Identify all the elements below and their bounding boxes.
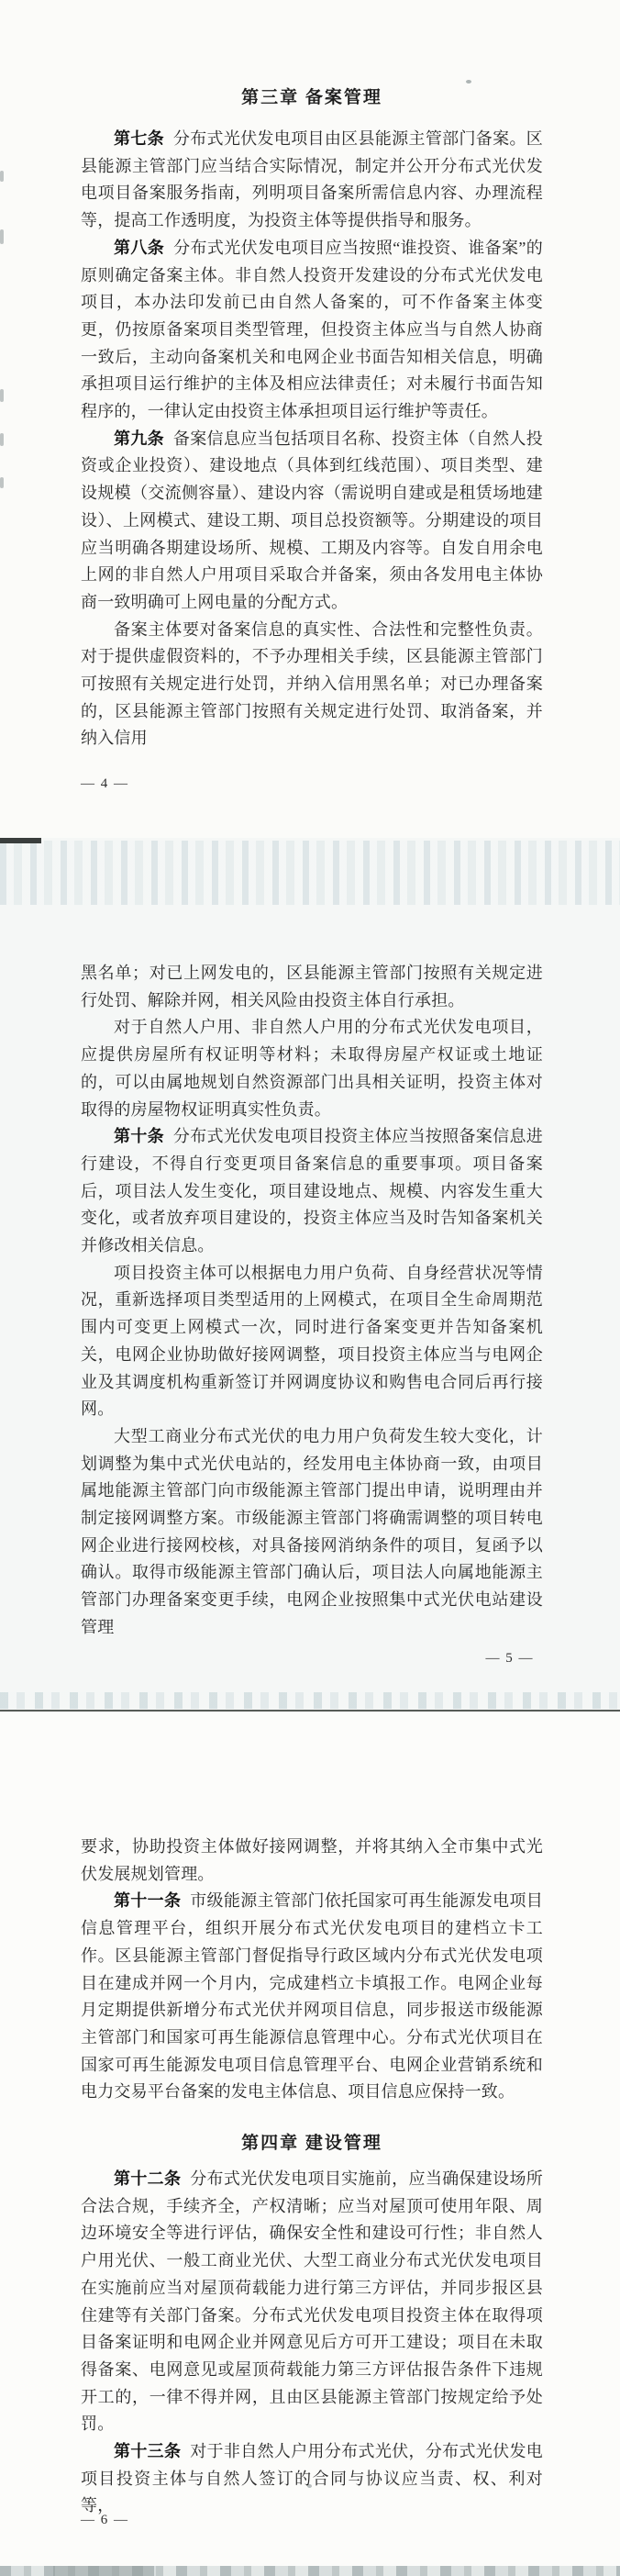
paragraph-text: 要求，协助投资主体做好接网调整，并将其纳入全市集中式光伏发展规划管理。 xyxy=(81,1837,543,1883)
paragraph-article-11: 第十一条市级能源主管部门依托国家可再生能源发电项目信息管理平台，组织开展分布式光… xyxy=(81,1888,543,2106)
paragraph-text: 大型工商业分布式光伏的电力用户负荷发生较大变化，计划调整为集中式光伏电站的，经发… xyxy=(81,1427,543,1636)
page-content: 要求，协助投资主体做好接网调整，并将其纳入全市集中式光伏发展规划管理。 第十一条… xyxy=(0,1712,620,2520)
paragraph: 大型工商业分布式光伏的电力用户负荷发生较大变化，计划调整为集中式光伏电站的，经发… xyxy=(81,1423,543,1642)
page-content: 第三章 备案管理 第七条分布式光伏发电项目由区县能源主管部门备案。区县能源主管部… xyxy=(0,0,620,753)
paragraph-article-13: 第十三条对于非自然人户用分布式光伏，分布式光伏发电项目投资主体与自然人签订的合同… xyxy=(81,2438,543,2520)
chapter-heading: 第三章 备案管理 xyxy=(81,87,543,109)
paragraph-text: 分布式光伏发电项目投资主体应当按照备案信息进行建设，不得自行变更项目备案信息的重… xyxy=(81,1127,543,1255)
paragraph-continuation: 黑名单；对已上网发电的，区县能源主管部门按照有关规定进行处罚、解除并网，相关风险… xyxy=(81,960,543,1014)
scan-streak-texture xyxy=(0,1692,620,1709)
page-content: 黑名单；对已上网发电的，区县能源主管部门按照有关规定进行处罚、解除并网，相关风险… xyxy=(0,838,620,1642)
article-label: 第十条 xyxy=(114,1127,164,1145)
paragraph-text: 对于自然人户用、非自然人户用的分布式光伏发电项目，应提供房屋所有权证明等材料；未… xyxy=(81,1018,543,1118)
paragraph-continuation: 要求，协助投资主体做好接网调整，并将其纳入全市集中式光伏发展规划管理。 xyxy=(81,1834,543,1888)
article-label: 第十一条 xyxy=(114,1891,181,1910)
document-page-5: 黑名单；对已上网发电的，区县能源主管部门按照有关规定进行处罚、解除并网，相关风险… xyxy=(0,838,620,1712)
paragraph-article-12: 第十二条分布式光伏发电项目实施前，应当确保建设场所合法合规，手续齐全，产权清晰；… xyxy=(81,2166,543,2438)
page-number: — 4 — xyxy=(81,776,129,792)
article-label: 第九条 xyxy=(114,429,164,448)
paragraph-text: 分布式光伏发电项目实施前，应当确保建设场所合法合规，手续齐全，产权清晰；应当对屋… xyxy=(81,2169,543,2433)
paragraph-text: 项目投资主体可以根据电力用户负荷、自身经营状况等情况，重新选择项目类型适用的上网… xyxy=(81,1264,543,1419)
article-label: 第十三条 xyxy=(114,2442,181,2460)
paragraph-text: 市级能源主管部门依托国家可再生能源发电项目信息管理平台，组织开展分布式光伏发电项… xyxy=(81,1891,543,2101)
chapter-heading: 第四章 建设管理 xyxy=(81,2133,543,2155)
scan-edge-strip xyxy=(0,2566,620,2576)
paragraph-article-10: 第十条分布式光伏发电项目投资主体应当按照备案信息进行建设，不得自行变更项目备案信… xyxy=(81,1123,543,1260)
paragraph: 对于自然人户用、非自然人户用的分布式光伏发电项目，应提供房屋所有权证明等材料；未… xyxy=(81,1014,543,1123)
document-page-4: 第三章 备案管理 第七条分布式光伏发电项目由区县能源主管部门备案。区县能源主管部… xyxy=(0,0,620,838)
article-label: 第八条 xyxy=(114,239,164,257)
paragraph-text: 分布式光伏发电项目应当按照“谁投资、谁备案”的原则确定备案主体。非自然人投资开发… xyxy=(81,239,543,420)
page-number: — 6 — xyxy=(81,2513,129,2528)
paragraph-article-7: 第七条分布式光伏发电项目由区县能源主管部门备案。区县能源主管部门应当结合实际情况… xyxy=(81,126,543,235)
paragraph-article-9: 第九条备案信息应当包括项目名称、投资主体（自然人投资或企业投资）、建设地点（具体… xyxy=(81,426,543,617)
paragraph-text: 黑名单；对已上网发电的，区县能源主管部门按照有关规定进行处罚、解除并网，相关风险… xyxy=(81,964,543,1009)
page-number: — 5 — xyxy=(486,1651,535,1667)
article-label: 第七条 xyxy=(114,129,164,148)
document-page-6: 要求，协助投资主体做好接网调整，并将其纳入全市集中式光伏发展规划管理。 第十一条… xyxy=(0,1712,620,2576)
paragraph-text: 备案主体要对备案信息的真实性、合法性和完整性负责。对于提供虚假资料的，不予办理相… xyxy=(81,620,543,748)
article-label: 第十二条 xyxy=(114,2169,181,2188)
paragraph-text: 备案信息应当包括项目名称、投资主体（自然人投资或企业投资）、建设地点（具体到红线… xyxy=(81,429,543,611)
paragraph: 备案主体要对备案信息的真实性、合法性和完整性负责。对于提供虚假资料的，不予办理相… xyxy=(81,617,543,753)
scanned-document-view: 第三章 备案管理 第七条分布式光伏发电项目由区县能源主管部门备案。区县能源主管部… xyxy=(0,0,620,2576)
paragraph: 项目投资主体可以根据电力用户负荷、自身经营状况等情况，重新选择项目类型适用的上网… xyxy=(81,1260,543,1423)
paragraph-article-8: 第八条分布式光伏发电项目应当按照“谁投资、谁备案”的原则确定备案主体。非自然人投… xyxy=(81,235,543,426)
